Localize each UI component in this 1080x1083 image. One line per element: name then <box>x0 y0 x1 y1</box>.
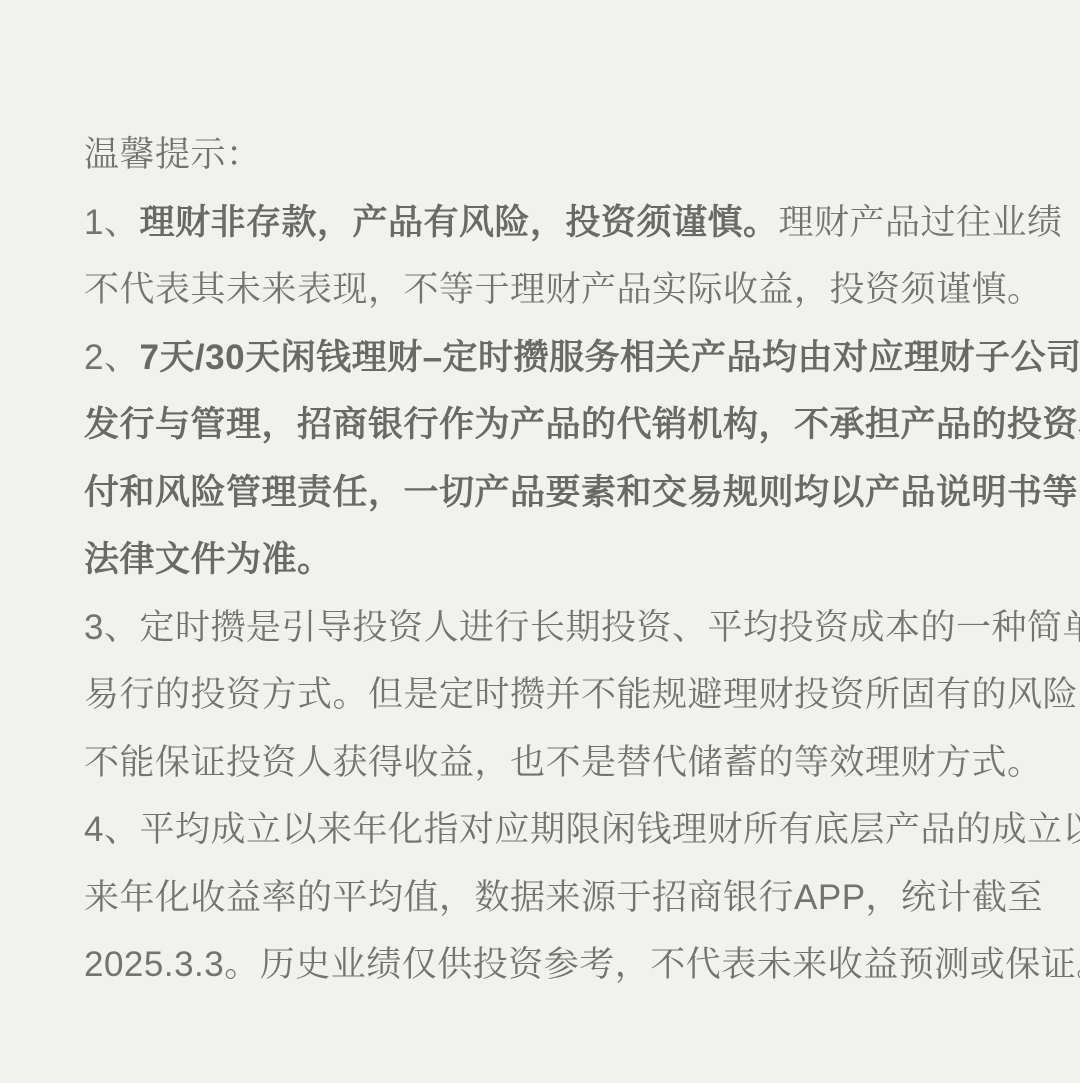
notice-item-1-line-2: 不代表其未来表现，不等于理财产品实际收益，投资须谨慎。 <box>84 256 1024 324</box>
item-4-line-3-text: 2025.3.3。历史业绩仅供投资参考，不代表未来收益预测或保证。 <box>84 945 1080 984</box>
notice-item-4-line-1: 4、平均成立以来年化指对应期限闲钱理财所有底层产品的成立以 <box>84 796 1024 864</box>
notice-item-2-line-2: 发行与管理，招商银行作为产品的代销机构，不承担产品的投资、兑 <box>84 391 1024 459</box>
notice-item-3-line-1: 3、定时攒是引导投资人进行长期投资、平均投资成本的一种简单 <box>84 594 1024 662</box>
notice-title-text: 温馨提示： <box>84 135 262 174</box>
item-4-line-2-text: 来年化收益率的平均值，数据来源于招商银行APP，统计截至 <box>84 878 1043 917</box>
notice-item-4-line-2: 来年化收益率的平均值，数据来源于招商银行APP，统计截至 <box>84 864 1024 932</box>
item-2-number: 2、 <box>84 338 139 377</box>
item-1-regular-text: 理财产品过往业绩 <box>778 203 1062 242</box>
item-2-bold-text: 7天/30天闲钱理财–定时攒服务相关产品均由对应理财子公司 <box>139 338 1080 377</box>
item-1-line-2-text: 不代表其未来表现，不等于理财产品实际收益，投资须谨慎。 <box>84 270 1043 309</box>
item-3-line-2-text: 易行的投资方式。但是定时攒并不能规避理财投资所固有的风险， <box>84 675 1080 714</box>
item-2-line-4-text: 法律文件为准。 <box>84 540 333 579</box>
notice-item-2-line-1: 2、7天/30天闲钱理财–定时攒服务相关产品均由对应理财子公司 <box>84 324 1024 392</box>
item-3-line-3-text: 不能保证投资人获得收益，也不是替代储蓄的等效理财方式。 <box>84 743 1043 782</box>
notice-title: 温馨提示： <box>84 121 1024 189</box>
item-1-bold-text: 理财非存款，产品有风险，投资须谨慎。 <box>139 203 778 242</box>
item-1-number: 1、 <box>84 203 139 242</box>
notice-item-3-line-2: 易行的投资方式。但是定时攒并不能规避理财投资所固有的风险， <box>84 661 1024 729</box>
notice-item-2-line-4: 法律文件为准。 <box>84 526 1024 594</box>
disclaimer-page: 温馨提示： 1、理财非存款，产品有风险，投资须谨慎。理财产品过往业绩 不代表其未… <box>0 0 1080 1083</box>
item-3-line-1-text: 3、定时攒是引导投资人进行长期投资、平均投资成本的一种简单 <box>84 608 1080 647</box>
item-4-line-1-text: 4、平均成立以来年化指对应期限闲钱理财所有底层产品的成立以 <box>84 810 1080 849</box>
notice-item-2-line-3: 付和风险管理责任，一切产品要素和交易规则均以产品说明书等 <box>84 459 1024 527</box>
notice-item-1-line-1: 1、理财非存款，产品有风险，投资须谨慎。理财产品过往业绩 <box>84 189 1024 257</box>
notice-text-block: 温馨提示： 1、理财非存款，产品有风险，投资须谨慎。理财产品过往业绩 不代表其未… <box>84 121 1024 999</box>
item-2-line-2-text: 发行与管理，招商银行作为产品的代销机构，不承担产品的投资、兑 <box>84 405 1080 444</box>
notice-item-3-line-3: 不能保证投资人获得收益，也不是替代储蓄的等效理财方式。 <box>84 729 1024 797</box>
item-2-line-3-text: 付和风险管理责任，一切产品要素和交易规则均以产品说明书等 <box>84 473 1078 512</box>
notice-item-4-line-3: 2025.3.3。历史业绩仅供投资参考，不代表未来收益预测或保证。 <box>84 931 1024 999</box>
